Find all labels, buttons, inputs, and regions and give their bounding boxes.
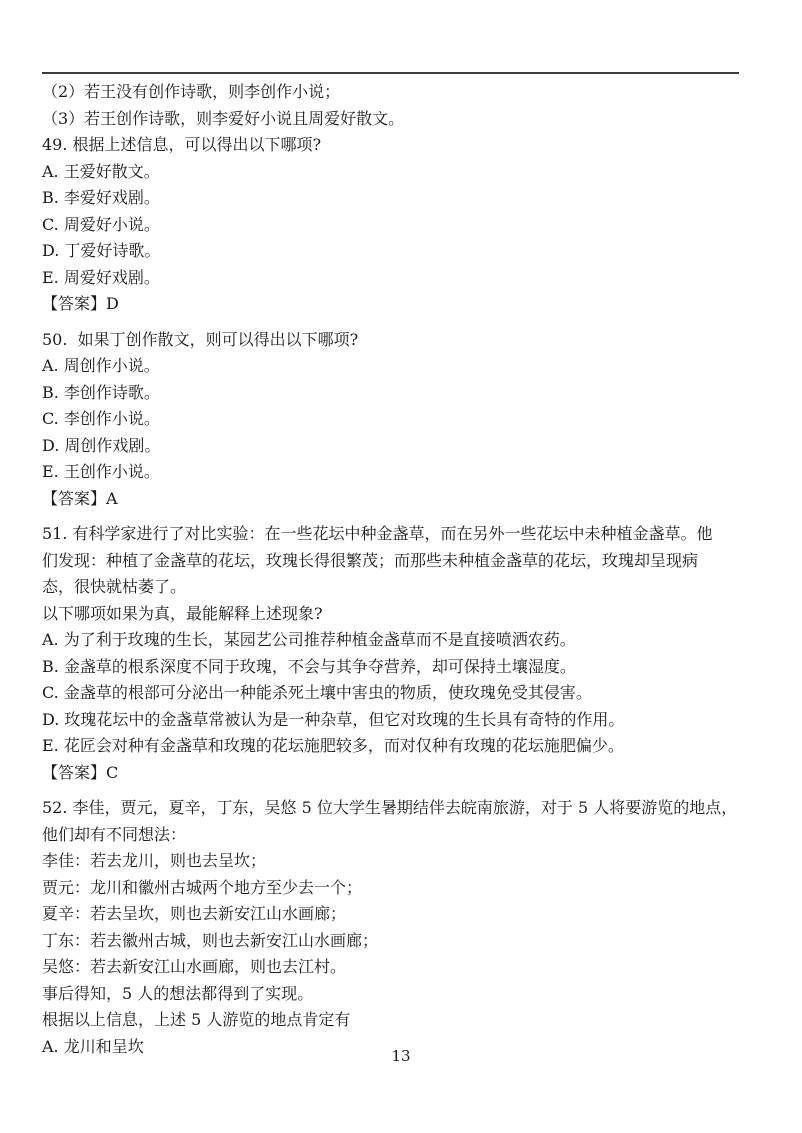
page-number: 13	[391, 1047, 410, 1065]
question-50-option-d: D. 周创作戏剧。	[42, 433, 764, 460]
question-51-option-b: B. 金盏草的根系深度不同于玫瑰，不会与其争夺营养，却可保持土壤湿度。	[42, 654, 764, 681]
header-divider-rule	[42, 72, 739, 74]
question-52-statement-xiaxin: 夏辛：若去呈坎，则也去新安江山水画廊；	[42, 901, 764, 928]
question-51-answer: 【答案】C	[42, 760, 764, 787]
question-51-option-d: D. 玫瑰花坛中的金盏草常被认为是一种杂草，但它对玫瑰的生长具有奇特的作用。	[42, 707, 764, 734]
question-52-block: 52. 李佳，贾元，夏辛，丁东，吴悠 5 位大学生暑期结伴去皖南旅游，对于 5 …	[42, 795, 764, 1060]
question-52-statement-jiayuan: 贾元：龙川和徽州古城两个地方至少去一个；	[42, 875, 764, 902]
question-50-option-a: A. 周创作小说。	[42, 353, 764, 380]
question-52-statement-wuyou: 吴悠：若去新安江山水画廊，则也去江村。	[42, 954, 764, 981]
question-51-block: 51. 有科学家进行了对比实验：在一些花坛中种金盏草，而在另外一些花坛中未种植金…	[42, 521, 764, 786]
question-52-statement-dingdong: 丁东：若去徽州古城，则也去新安江山水画廊；	[42, 928, 764, 955]
page-footer: 13	[0, 1046, 802, 1066]
question-51-prompt: 以下哪项如果为真，最能解释上述现象?	[42, 601, 764, 628]
question-51-stem-line-1: 51. 有科学家进行了对比实验：在一些花坛中种金盏草，而在另外一些花坛中未种植金…	[42, 521, 764, 548]
question-50-option-b: B. 李创作诗歌。	[42, 380, 764, 407]
question-50-option-e: E. 王创作小说。	[42, 459, 764, 486]
document-page: （2）若王没有创作诗歌，则李创作小说； （3）若王创作诗歌，则李爱好小说且周爱好…	[0, 0, 802, 1133]
document-content: （2）若王没有创作诗歌，则李创作小说； （3）若王创作诗歌，则李爱好小说且周爱好…	[42, 79, 764, 1060]
question-52-statement-lijia: 李佳：若去龙川，则也去呈坎；	[42, 848, 764, 875]
question-49-option-a: A. 王爱好散文。	[42, 159, 764, 186]
question-52-note: 事后得知，5 人的想法都得到了实现。	[42, 981, 764, 1008]
question-50-answer: 【答案】A	[42, 486, 764, 513]
question-51-stem-line-2: 们发现：种植了金盏草的花坛，玫瑰长得很繁茂；而那些未种植金盏草的花坛，玫瑰却呈现…	[42, 548, 764, 575]
question-49-answer: 【答案】D	[42, 291, 764, 318]
question-51-option-c: C. 金盏草的根部可分泌出一种能杀死土壤中害虫的物质，使玫瑰免受其侵害。	[42, 680, 764, 707]
question-50-block: 50. 如果丁创作散文，则可以得出以下哪项? A. 周创作小说。 B. 李创作诗…	[42, 327, 764, 513]
question-49-option-d: D. 丁爱好诗歌。	[42, 238, 764, 265]
question-52-prompt: 根据以上信息，上述 5 人游览的地点肯定有	[42, 1007, 764, 1034]
question-49-block: （2）若王没有创作诗歌，则李创作小说； （3）若王创作诗歌，则李爱好小说且周爱好…	[42, 79, 764, 318]
question-51-option-e: E. 花匠会对种有金盏草和玫瑰的花坛施肥较多，而对仅种有玫瑰的花坛施肥偏少。	[42, 733, 764, 760]
question-51-stem-line-3: 态，很快就枯萎了。	[42, 574, 764, 601]
question-50-stem: 50. 如果丁创作散文，则可以得出以下哪项?	[42, 327, 764, 354]
question-52-stem-line-2: 他们却有不同想法：	[42, 822, 764, 849]
intro-condition-3: （3）若王创作诗歌，则李爱好小说且周爱好散文。	[42, 106, 764, 133]
question-49-option-c: C. 周爱好小说。	[42, 212, 764, 239]
question-49-option-e: E. 周爱好戏剧。	[42, 265, 764, 292]
question-49-option-b: B. 李爱好戏剧。	[42, 185, 764, 212]
question-51-option-a: A. 为了利于玫瑰的生长，某园艺公司推荐种植金盏草而不是直接喷洒农药。	[42, 627, 764, 654]
question-50-option-c: C. 李创作小说。	[42, 406, 764, 433]
question-49-stem: 49. 根据上述信息，可以得出以下哪项?	[42, 132, 764, 159]
intro-condition-2: （2）若王没有创作诗歌，则李创作小说；	[42, 79, 764, 106]
question-52-stem-line-1: 52. 李佳，贾元，夏辛，丁东，吴悠 5 位大学生暑期结伴去皖南旅游，对于 5 …	[42, 795, 764, 822]
